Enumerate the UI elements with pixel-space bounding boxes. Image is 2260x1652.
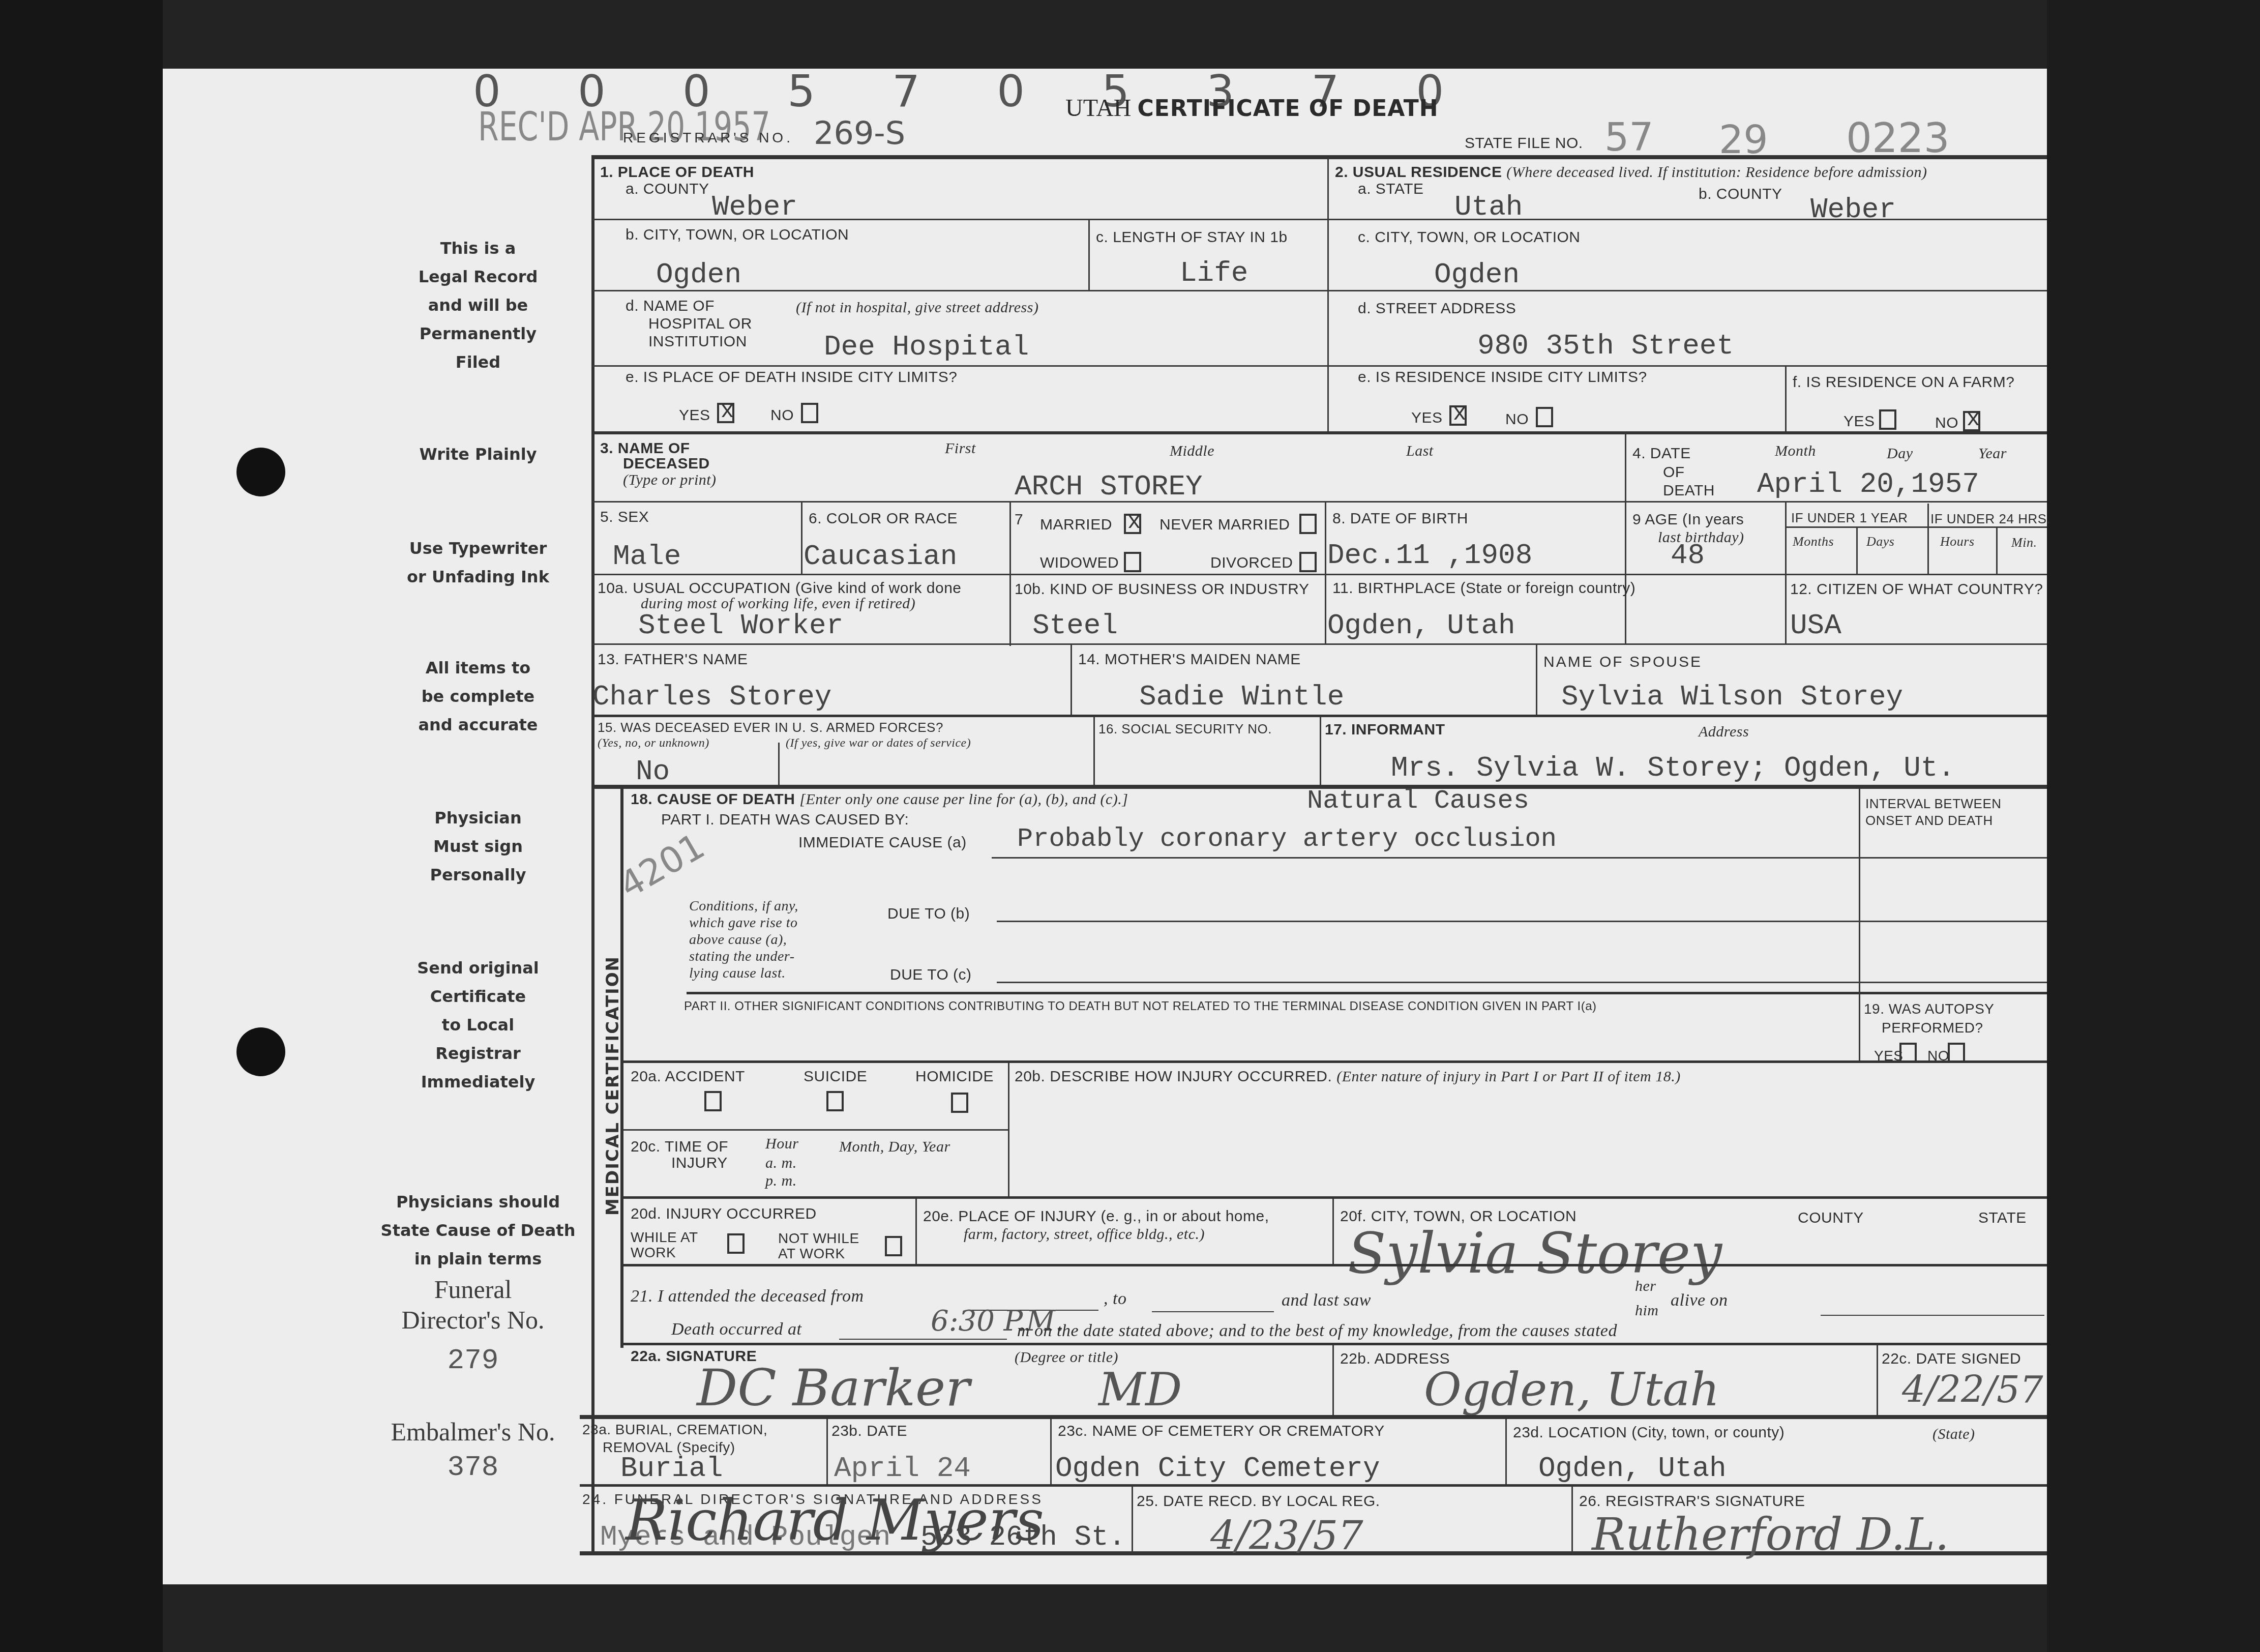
embalmer-label: Embalmer's No. (356, 1417, 590, 1447)
married-label: MARRIED (1040, 516, 1112, 534)
no-label: NO (1505, 411, 1529, 428)
type-or-print-hint: (Type or print) (623, 471, 717, 489)
divider (1877, 1345, 1878, 1417)
am-label: a. m. (765, 1155, 797, 1172)
divider (1571, 1486, 1573, 1552)
injury-occurred-label: 20d. INJURY OCCURRED (631, 1205, 817, 1223)
scanner-background-right (2047, 0, 2260, 1652)
divider (1152, 1311, 1274, 1312)
divider (687, 992, 2047, 994)
date-of-death-label-2: OF (1663, 464, 1685, 481)
her-label: her (1635, 1278, 1656, 1295)
days-label: Days (1866, 534, 1894, 549)
part1-label: PART I. DEATH WAS CAUSED BY: (661, 811, 909, 829)
industry-label: 10b. KIND OF BUSINESS OR INDUSTRY (1015, 581, 1309, 598)
city-label: b. CITY, TOWN, OR LOCATION (626, 226, 849, 244)
hours-label: Hours (1940, 534, 1975, 549)
divider (1132, 1486, 1133, 1552)
father-value: Charles Storey (592, 681, 831, 713)
divider (1093, 717, 1095, 786)
divider (997, 921, 2047, 922)
divider (1320, 717, 1321, 786)
date-recd-label: 25. DATE RECD. BY LOCAL REG. (1137, 1493, 1380, 1510)
dob-value: Dec.11 ,1908 (1327, 539, 1532, 572)
divider (1821, 1315, 2044, 1316)
informant-signature: Sylvia Storey (1348, 1221, 1722, 1286)
form-border-top (592, 155, 2047, 159)
state-file-no-label: STATE FILE NO. (1465, 135, 1583, 152)
deceased-name-label: 3. NAME OF (600, 440, 690, 457)
note-physician-sign: Physician Must sign Personally (366, 804, 590, 889)
divider (1332, 1199, 1334, 1265)
sex-value: Male (613, 540, 681, 573)
divider (778, 743, 780, 786)
burial-date-value: April 24 (834, 1452, 971, 1485)
divider (1327, 158, 1329, 432)
marital-number: 7 (1015, 511, 1023, 528)
spouse-label: NAME OF SPOUSE (1543, 654, 1702, 671)
res-county-value: Weber (1810, 193, 1896, 226)
burial-location-value: Ogden, Utah (1538, 1452, 1727, 1485)
date-signed-value: 4/22/57 (1902, 1368, 2043, 1411)
dob-label: 8. DATE OF BIRTH (1332, 510, 1468, 527)
suicide-checkbox[interactable] (826, 1091, 844, 1111)
widowed-checkbox[interactable] (1124, 552, 1141, 572)
while-at-work-label: WHILE AT WORK (631, 1230, 698, 1260)
divider (1088, 220, 1090, 290)
embalmer-no: 378 (356, 1452, 590, 1483)
pm-label: p. m. (765, 1172, 797, 1190)
conditions-hint: Conditions, if any, which gave rise to a… (689, 898, 798, 982)
divider (826, 1419, 828, 1485)
widowed-label: WIDOWED (1040, 554, 1119, 572)
last-label: Last (1406, 442, 1434, 460)
stay-value: Life (1180, 257, 1248, 289)
how-injury-label: 20b. DESCRIBE HOW INJURY OCCURRED. (Ente… (1015, 1068, 1681, 1085)
registrars-no-label: REGISTRAR'S NO. (623, 130, 793, 146)
burial-method-label: 23a. BURIAL, CREMATION, (582, 1422, 767, 1438)
divider (1856, 528, 1858, 575)
divider (592, 501, 2047, 503)
date-of-death-label-3: DEATH (1663, 482, 1715, 499)
middle-label: Middle (1170, 442, 1214, 460)
interval-label-2: ONSET AND DEATH (1865, 813, 1993, 829)
divider (1332, 1345, 1334, 1417)
month-label: Month (1775, 442, 1816, 460)
months-label: Months (1793, 534, 1834, 549)
divorced-label: DIVORCED (1210, 554, 1293, 572)
res-state-value: Utah (1454, 191, 1523, 223)
registrar-sig-label: 26. REGISTRAR'S SIGNATURE (1579, 1493, 1805, 1510)
hospital-label-1: d. NAME OF (626, 298, 715, 315)
hospital-label-3: INSTITUTION (648, 333, 747, 350)
street-label: d. STREET ADDRESS (1358, 300, 1516, 317)
divider (623, 1343, 2047, 1345)
divider (1050, 1419, 1052, 1485)
alive-on-text: alive on (1671, 1291, 1728, 1310)
autopsy-label-1: 19. WAS AUTOPSY (1864, 1001, 1994, 1017)
physician-degree: MD (1098, 1363, 1182, 1417)
autopsy-yes-checkbox[interactable] (1899, 1043, 1917, 1063)
funeral-address-value: 533 26th St. (920, 1521, 1125, 1553)
state-file-no-a: 57 (1604, 114, 1654, 160)
deceased-name-label-2: DECEASED (623, 455, 710, 473)
divider (1785, 367, 1787, 433)
date-of-death-value: April 20,1957 (1757, 468, 1979, 500)
cause-label: 18. CAUSE OF DEATH [Enter only one cause… (631, 791, 1128, 808)
under-1yr-label: IF UNDER 1 YEAR (1791, 510, 1908, 526)
due-to-c-label: DUE TO (c) (890, 966, 972, 984)
street-value: 980 35th Street (1477, 330, 1734, 362)
burial-state-label: (State) (1932, 1426, 1975, 1443)
informant-value: Mrs. Sylvia W. Storey; Ogden, Ut. (1391, 752, 1955, 784)
divider (997, 982, 2047, 983)
note-legal-record: This is a Legal Record and will be Perma… (366, 234, 590, 376)
autopsy-no-checkbox[interactable] (1948, 1043, 1965, 1063)
race-label: 6. COLOR OR RACE (809, 510, 958, 527)
note-complete-accurate: All items to be complete and accurate (366, 654, 590, 739)
cemetery-value: Ogden City Cemetery (1055, 1452, 1380, 1485)
birthplace-value: Ogden, Utah (1327, 609, 1515, 642)
mother-value: Sadie Wintle (1139, 681, 1344, 713)
burial-method-value: Burial (620, 1452, 723, 1485)
hospital-label-2: HOSPITAL OR (648, 315, 752, 333)
county-label: a. COUNTY (626, 181, 709, 198)
place-of-death-label: 1. PLACE OF DEATH (600, 164, 754, 181)
accident-label: 20a. ACCIDENT (631, 1068, 745, 1085)
divider (1008, 1063, 1009, 1198)
min-label: Min. (2011, 535, 2037, 550)
funeral-director-label: Funeral Director's No. (356, 1274, 590, 1335)
divider (592, 365, 2047, 367)
injury-county-label: COUNTY (1798, 1209, 1864, 1227)
industry-value: Steel (1032, 609, 1118, 642)
death-inside-limits-no-checkbox[interactable] (801, 403, 818, 423)
never-married-label: NEVER MARRIED (1159, 516, 1290, 534)
divider (580, 1415, 2047, 1419)
birthplace-label: 11. BIRTHPLACE (State or foreign country… (1332, 580, 1635, 597)
sex-label: 5. SEX (600, 509, 649, 526)
yes-label: YES (1843, 413, 1875, 430)
date-recd-value: 4/23/57 (1210, 1513, 1363, 1559)
mdy-label: Month, Day, Year (839, 1138, 950, 1156)
due-to-b-label: DUE TO (b) (887, 905, 970, 923)
cause-note-value: Natural Causes (1307, 786, 1529, 816)
citizen-label: 12. CITIZEN OF WHAT COUNTRY? (1790, 581, 2043, 598)
part2-label: PART II. OTHER SIGNIFICANT CONDITIONS CO… (684, 999, 1596, 1014)
never-married-checkbox[interactable] (1299, 514, 1317, 534)
physician-signature: DC Barker (697, 1358, 970, 1418)
cemetery-label: 23c. NAME OF CEMETERY OR CREMATORY (1058, 1423, 1385, 1440)
divider (915, 1199, 917, 1265)
divider (592, 574, 2047, 575)
divider (592, 290, 2047, 291)
year-label: Year (1978, 445, 2007, 462)
note-write-plainly: Write Plainly (366, 440, 590, 468)
divider (580, 1484, 2047, 1487)
first-label: First (945, 440, 976, 457)
interval-label-1: INTERVAL BETWEEN (1865, 796, 2002, 812)
attended-to: , to (1104, 1289, 1126, 1309)
age-value: 48 (1671, 539, 1705, 572)
date-signed-label: 22c. DATE SIGNED (1882, 1350, 2021, 1368)
accident-checkbox[interactable] (704, 1091, 722, 1111)
occupation-label: 10a. USUAL OCCUPATION (Give kind of work… (598, 580, 962, 597)
divorced-checkbox[interactable] (1299, 552, 1317, 572)
death-county-value: Weber (712, 191, 797, 223)
physician-address-value: Ogden, Utah (1424, 1363, 1719, 1417)
res-city-label: c. CITY, TOWN, OR LOCATION (1358, 229, 1581, 246)
divider (1505, 1419, 1507, 1485)
homicide-checkbox[interactable] (951, 1093, 968, 1113)
hospital-value: Dee Hospital (824, 331, 1029, 363)
hospital-hint: (If not in hospital, give street address… (796, 299, 1038, 316)
note-send-original: Send original Certificate to Local Regis… (366, 954, 590, 1096)
scanner-background-left (0, 0, 163, 1652)
divider (1996, 528, 1998, 575)
funeral-director-no: 279 (356, 1345, 590, 1376)
res-inside-limits-no-checkbox[interactable] (1536, 407, 1553, 427)
citizen-value: USA (1790, 609, 1841, 642)
armed-forces-hint-2: (If yes, give war or dates of service) (786, 736, 971, 750)
divider (592, 643, 2047, 645)
divider (623, 1129, 1008, 1131)
divider (623, 1196, 2047, 1199)
note-use-typewriter: Use Typewriter or Unfading Ink (366, 534, 590, 591)
divider (623, 1060, 2047, 1063)
stay-label: c. LENGTH OF STAY IN 1b (1096, 229, 1288, 246)
res-city-value: Ogden (1434, 258, 1520, 291)
not-while-at-work-checkbox[interactable] (885, 1236, 902, 1256)
race-value: Caucasian (804, 540, 957, 573)
farm-yes-checkbox[interactable] (1879, 409, 1896, 430)
age-label: 9 AGE (In years (1632, 511, 1744, 528)
time-injury-label-2: INJURY (671, 1155, 728, 1172)
divider (839, 1339, 1007, 1340)
while-at-work-checkbox[interactable] (727, 1233, 745, 1254)
injury-state-label: STATE (1978, 1209, 2027, 1227)
autopsy-label-2: PERFORMED? (1882, 1020, 1983, 1036)
informant-address-label: Address (1699, 723, 1749, 741)
divider (1536, 645, 1537, 716)
immediate-cause-label: IMMEDIATE CAUSE (a) (798, 834, 967, 851)
medical-certification-label: MEDICAL CERTIFICATION (603, 956, 623, 1216)
divider (623, 1264, 2047, 1266)
no-label: NO (770, 407, 794, 424)
divider (992, 857, 2047, 859)
not-while-at-work-label: NOT WHILE AT WORK (778, 1231, 859, 1261)
ssn-label: 16. SOCIAL SECURITY NO. (1098, 721, 1272, 737)
punch-hole (236, 1027, 285, 1076)
res-county-label: b. COUNTY (1699, 186, 1782, 203)
immediate-cause-value: Probably coronary artery occlusion (1017, 824, 1557, 854)
death-inside-limits-yes-checkbox[interactable] (717, 403, 734, 423)
armed-forces-value: No (636, 755, 670, 788)
him-label: him (1635, 1302, 1659, 1319)
time-injury-label-1: 20c. TIME OF (631, 1138, 728, 1156)
divider (1927, 504, 1929, 575)
deceased-name-value: ARCH STOREY (1015, 470, 1203, 503)
usual-residence-label: 2. USUAL RESIDENCE (Where deceased lived… (1335, 164, 1927, 181)
farm-label: f. IS RESIDENCE ON A FARM? (1793, 374, 2014, 391)
yes-label: YES (679, 407, 710, 424)
spouse-value: Sylvia Wilson Storey (1561, 681, 1903, 713)
attended-text: 21. I attended the deceased from (631, 1287, 864, 1306)
inside-limits-label: e. IS PLACE OF DEATH INSIDE CITY LIMITS? (626, 369, 957, 386)
divider (1859, 788, 1860, 1060)
suicide-label: SUICIDE (804, 1068, 867, 1085)
father-label: 13. FATHER'S NAME (598, 651, 748, 668)
death-occurred-label: Death occurred at (671, 1320, 802, 1339)
burial-date-label: 23b. DATE (831, 1423, 907, 1440)
punch-hole (236, 448, 285, 496)
under-24h-label: IF UNDER 24 HRS. (1930, 511, 2050, 527)
place-injury-hint: farm, factory, street, office bldg., etc… (964, 1226, 1205, 1243)
registrar-signature: Rutherford D.L. (1592, 1508, 1949, 1560)
death-city-value: Ogden (656, 258, 741, 291)
married-checkbox[interactable] (1124, 514, 1141, 534)
armed-forces-label: 15. WAS DECEASED EVER IN U. S. ARMED FOR… (598, 720, 943, 735)
hour-label: Hour (765, 1135, 798, 1153)
armed-forces-hint-1: (Yes, no, or unknown) (598, 736, 709, 750)
death-occurred-tail: m on the date stated above; and to the b… (1017, 1321, 1617, 1341)
yes-label: YES (1411, 409, 1443, 427)
res-state-label: a. STATE (1358, 181, 1424, 198)
registrars-no: 269-S (814, 114, 905, 152)
farm-no-checkbox[interactable] (1963, 411, 1980, 431)
informant-label: 17. INFORMANT (1325, 721, 1445, 739)
divider (1625, 503, 1626, 575)
last-saw-text: and last saw (1282, 1291, 1371, 1310)
note-cause-plain-terms: Physicians should State Cause of Death i… (366, 1188, 590, 1273)
homicide-label: HOMICIDE (915, 1068, 994, 1085)
divider (801, 503, 802, 575)
no-label: NO (1935, 415, 1958, 432)
mother-label: 14. MOTHER'S MAIDEN NAME (1078, 651, 1301, 668)
res-inside-limits-label: e. IS RESIDENCE INSIDE CITY LIMITS? (1358, 369, 1647, 386)
page-title: UTAH CERTIFICATE OF DEATH (1065, 94, 1439, 122)
divider (1070, 645, 1072, 716)
place-injury-label: 20e. PLACE OF INJURY (e. g., in or about… (923, 1208, 1269, 1225)
date-of-death-label-1: 4. DATE (1632, 445, 1691, 462)
occupation-value: Steel Worker (638, 609, 843, 642)
res-inside-limits-yes-checkbox[interactable] (1449, 405, 1467, 426)
divider (592, 431, 2047, 434)
burial-location-label: 23d. LOCATION (City, town, or county) (1513, 1424, 1785, 1441)
day-label: Day (1887, 445, 1913, 462)
